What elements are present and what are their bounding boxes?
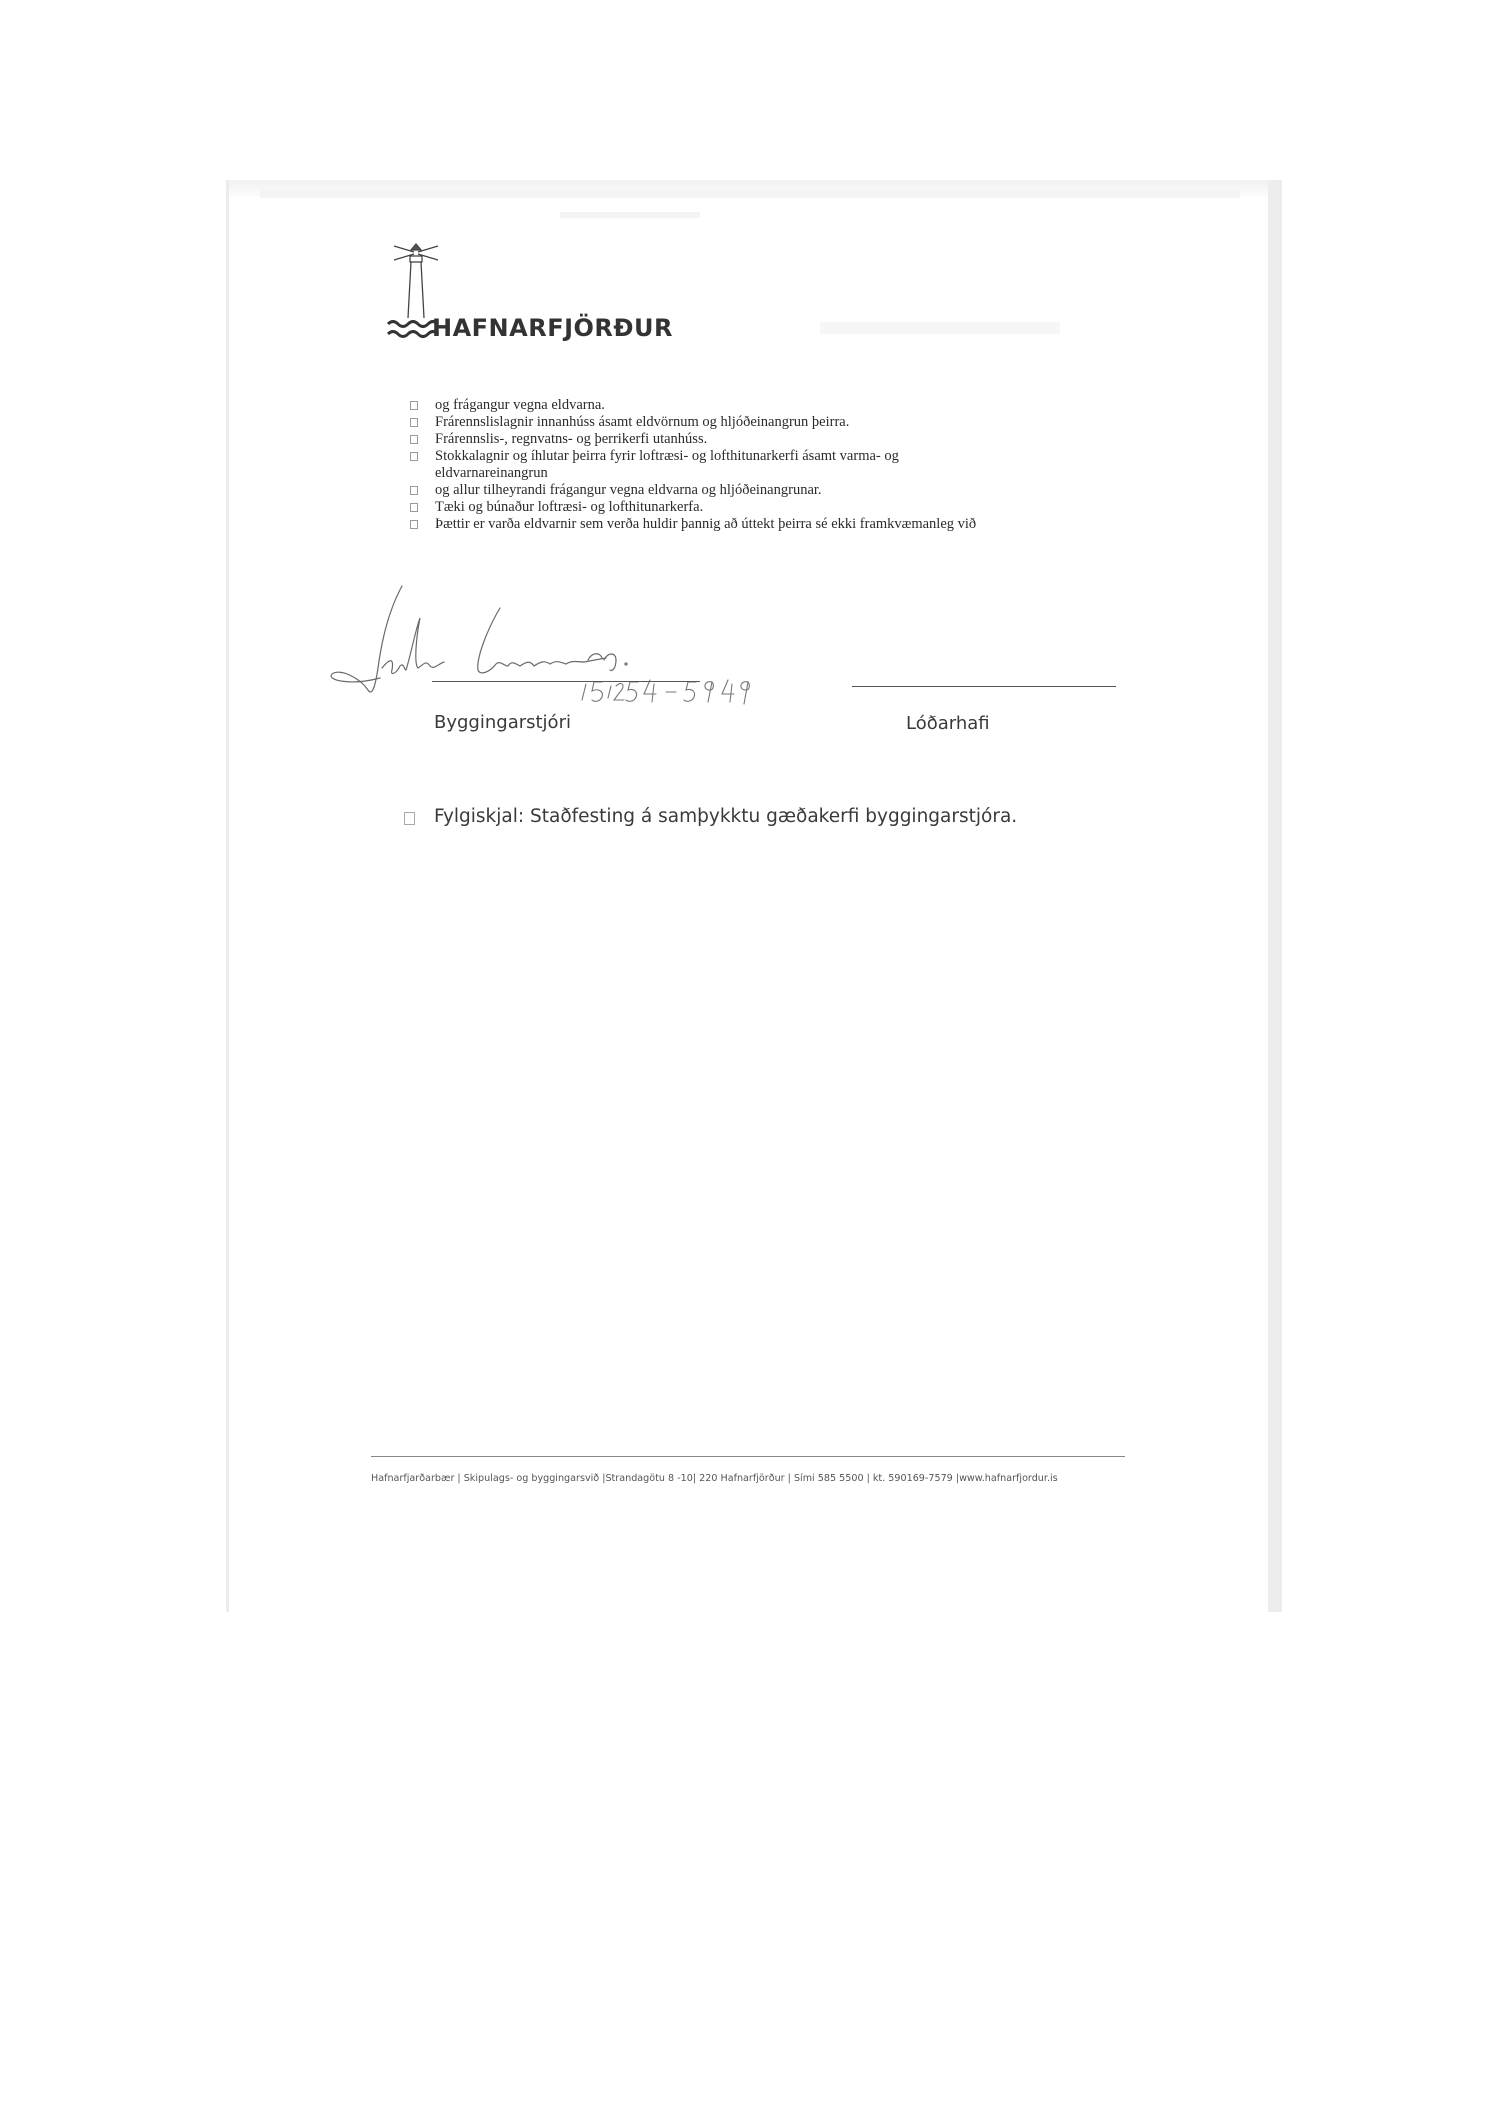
checklist-item-text: Frárennslislagnir innanhúss ásamt eldvör… <box>435 414 849 431</box>
checklist-item-continuation: eldvarnareinangrun <box>407 465 1127 482</box>
organization-logo-text: HAFNARFJÖRÐUR <box>432 314 673 342</box>
checklist-item-text: Tæki og búnaður loftræsi- og lofthitunar… <box>435 499 703 516</box>
checkbox[interactable] <box>410 520 418 529</box>
checklist-item-text: Frárennslis-, regnvatns- og þerrikerfi u… <box>435 431 707 448</box>
checklist-item: Þættir er varða eldvarnir sem verða huld… <box>407 516 1127 533</box>
checklist-item: og allur tilheyrandi frágangur vegna eld… <box>407 482 1127 499</box>
checklist-item: og frágangur vegna eldvarna. <box>407 397 1127 414</box>
show-through-mark <box>560 212 700 218</box>
checklist-item-text: eldvarnareinangrun <box>435 465 548 482</box>
signature-line-left <box>432 681 700 682</box>
checkbox[interactable] <box>404 812 415 825</box>
byggingarstjori-label: Byggingarstjóri <box>434 712 571 733</box>
lodarhafi-label: Lóðarhafi <box>906 713 990 734</box>
show-through-mark <box>820 322 1060 334</box>
checklist-item: Frárennslislagnir innanhúss ásamt eldvör… <box>407 414 1127 431</box>
page-right-edge <box>1268 180 1282 1612</box>
scanned-page <box>226 180 1282 1612</box>
handwritten-signature <box>320 578 800 728</box>
checklist-item: Stokkalagnir og íhlutar þeirra fyrir lof… <box>407 448 1127 465</box>
show-through-mark <box>260 190 1240 198</box>
checklist-item-text: Stokkalagnir og íhlutar þeirra fyrir lof… <box>435 448 899 465</box>
checkbox[interactable] <box>410 503 418 512</box>
checkbox[interactable] <box>410 452 418 461</box>
footer-contact-info: Hafnarfjarðarbær | Skipulags- og bygging… <box>371 1473 1058 1484</box>
checkbox[interactable] <box>410 418 418 427</box>
checklist-item: Frárennslis-, regnvatns- og þerrikerfi u… <box>407 431 1127 448</box>
attachment-text: Fylgiskjal: Staðfesting á samþykktu gæða… <box>434 806 1017 827</box>
footer-divider <box>371 1456 1125 1457</box>
checklist-item: Tæki og búnaður loftræsi- og lofthitunar… <box>407 499 1127 516</box>
checkbox[interactable] <box>410 401 418 410</box>
checklist-item-text: og allur tilheyrandi frágangur vegna eld… <box>435 482 822 499</box>
checklist-item-text: og frágangur vegna eldvarna. <box>435 397 605 414</box>
checkbox[interactable] <box>410 435 418 444</box>
checklist: og frágangur vegna eldvarna. Frárennslis… <box>407 397 1127 533</box>
signature-line-right <box>852 686 1116 687</box>
checkbox[interactable] <box>410 486 418 495</box>
checklist-item-text: Þættir er varða eldvarnir sem verða huld… <box>435 516 976 533</box>
